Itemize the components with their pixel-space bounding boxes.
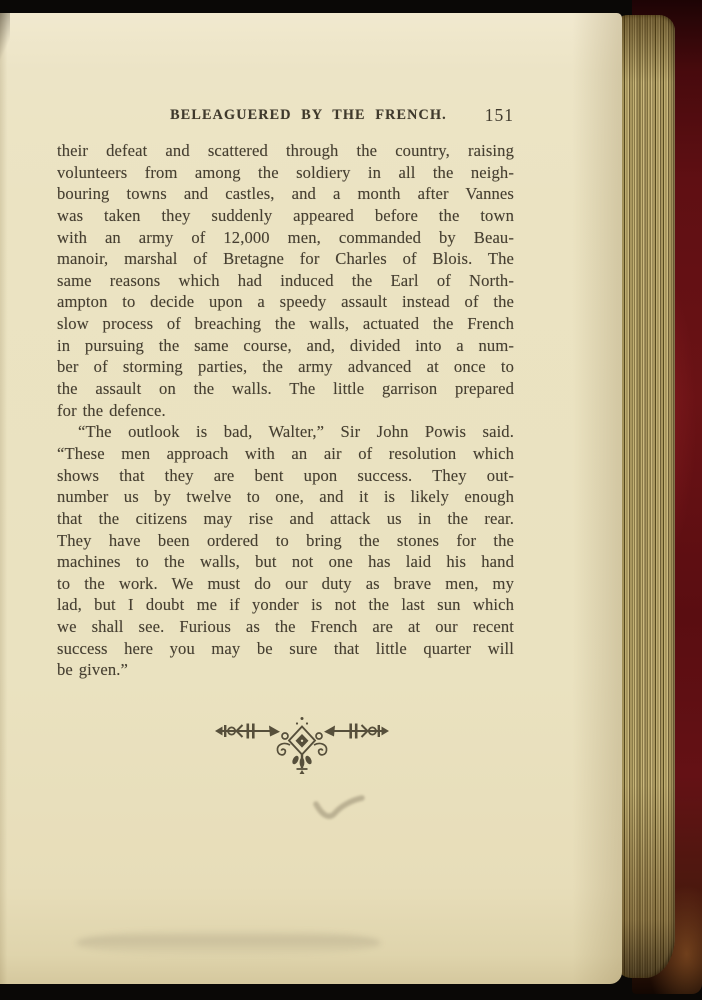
text-line: their defeat and scattered through the c… — [57, 140, 514, 162]
text-line: with an army of 12,000 men, commanded by… — [57, 227, 514, 249]
paragraph-1: their defeat and scattered through the c… — [57, 140, 514, 421]
text-line: we shall see. Furious as the French are … — [57, 616, 514, 638]
text-line: “The outlook is bad, Walter,” Sir John P… — [57, 421, 514, 443]
text-line: in pursuing the same course, and, divide… — [57, 335, 514, 357]
fleuron-ornament — [214, 715, 390, 775]
text-line: same reasons which had induced the Earl … — [57, 270, 514, 292]
page-number: 151 — [485, 105, 514, 126]
page-header: BELEAGUERED BY THE FRENCH. 151 — [57, 107, 514, 131]
text-line: “These men approach with an air of resol… — [57, 443, 514, 465]
text-line: slow process of breaching the walls, act… — [57, 313, 514, 335]
text-line: bouring towns and castles, and a month a… — [57, 183, 514, 205]
text-line: success here you may be sure that little… — [57, 638, 514, 660]
text-line: to the work. We must do our duty as brav… — [57, 573, 514, 595]
running-title: BELEAGUERED BY THE FRENCH. — [57, 107, 514, 124]
text-line: be given.” — [57, 659, 514, 681]
text-line: machines to the walls, but not one has l… — [57, 551, 514, 573]
text-line: for the defence. — [57, 400, 514, 422]
book-page: BELEAGUERED BY THE FRENCH. 151 their def… — [0, 13, 622, 984]
pencil-mark — [312, 795, 366, 829]
text-line: that the citizens may rise and attack us… — [57, 508, 514, 530]
body-text: their defeat and scattered through the c… — [57, 140, 514, 681]
text-line: the assault on the walls. The little gar… — [57, 378, 514, 400]
text-line: manoir, marshal of Bretagne for Charles … — [57, 248, 514, 270]
paragraph-2: “The outlook is bad, Walter,” Sir John P… — [57, 421, 514, 681]
text-line: lad, but I doubt me if yonder is not the… — [57, 594, 514, 616]
text-line: volunteers from among the soldiery in al… — [57, 162, 514, 184]
text-line: number us by twelve to one, and it is li… — [57, 486, 514, 508]
text-line: shows that they are bent upon success. T… — [57, 465, 514, 487]
page-edges — [617, 15, 675, 978]
text-line: They have been ordered to bring the ston… — [57, 530, 514, 552]
book-scan: BELEAGUERED BY THE FRENCH. 151 their def… — [0, 0, 702, 1000]
text-line: ampton to decide upon a speedy assault i… — [57, 291, 514, 313]
smudge-mark — [76, 929, 381, 957]
text-line: ber of storming parties, the army advanc… — [57, 356, 514, 378]
text-line: was taken they suddenly appeared before … — [57, 205, 514, 227]
